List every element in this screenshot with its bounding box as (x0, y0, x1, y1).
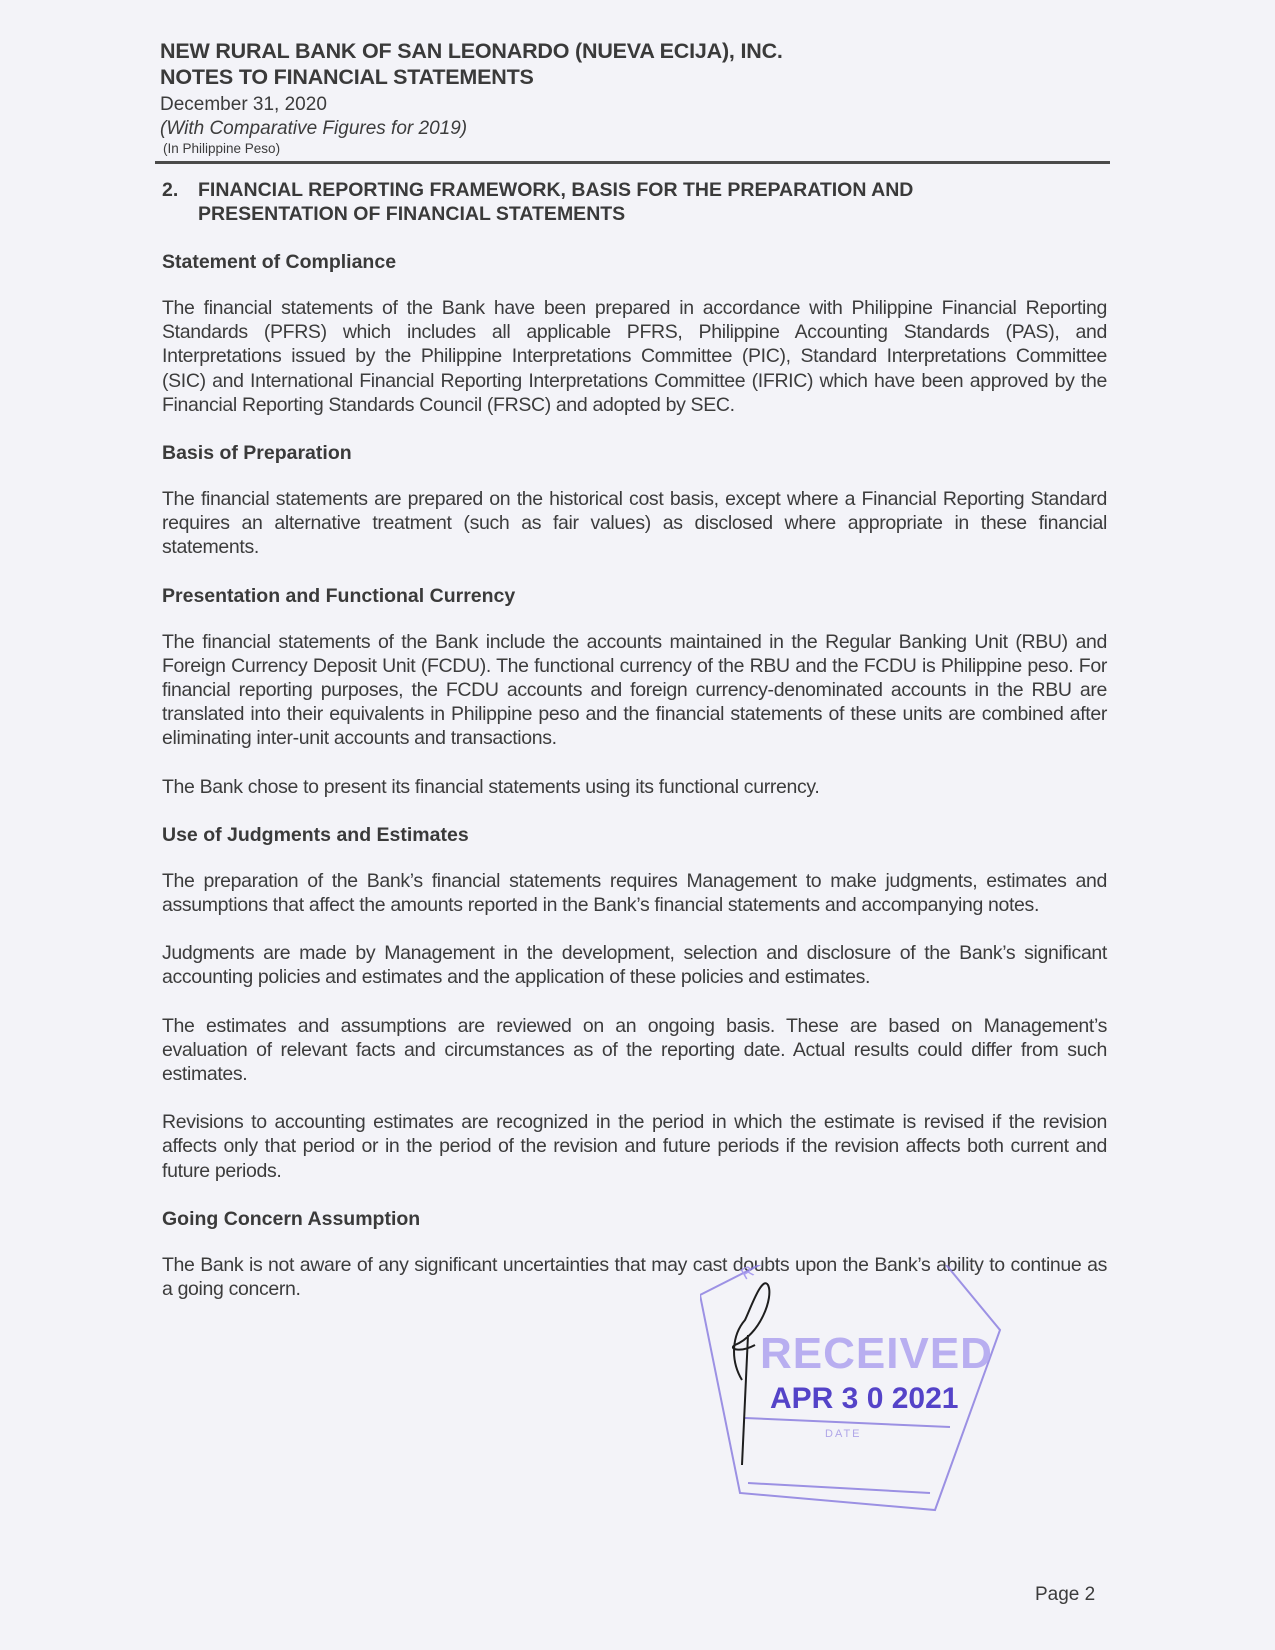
section-title-line-2: PRESENTATION OF FINANCIAL STATEMENTS (198, 203, 625, 225)
subsection-heading: Presentation and Functional Currency (162, 584, 1107, 608)
stamp-label: RECEIVED (760, 1329, 993, 1378)
body-paragraph: The financial statements are prepared on… (162, 487, 1107, 560)
stamp-date: APR 3 0 2021 (770, 1382, 958, 1415)
statement-date: December 31, 2020 (160, 92, 1110, 117)
body-paragraph: The estimates and assumptions are review… (162, 1014, 1107, 1087)
body-paragraph: The Bank is not aware of any significant… (162, 1253, 1107, 1301)
section-heading: 2. FINANCIAL REPORTING FRAMEWORK, BASIS … (162, 178, 1107, 226)
section-title-text: FINANCIAL REPORTING FRAMEWORK, BASIS FOR… (198, 178, 913, 226)
body-paragraph: The Bank chose to present its financial … (162, 775, 1107, 799)
body-paragraph: Judgments are made by Management in the … (162, 941, 1107, 989)
body-paragraph: The financial statements of the Bank hav… (162, 296, 1107, 417)
comparative-note: (With Comparative Figures for 2019) (160, 117, 1110, 141)
document-page: NEW RURAL BANK OF SAN LEONARDO (NUEVA EC… (0, 0, 1275, 1650)
subsection-heading: Use of Judgments and Estimates (162, 823, 1107, 847)
document-title: NOTES TO FINANCIAL STATEMENTS (160, 64, 1110, 90)
subsection-heading: Statement of Compliance (162, 250, 1107, 274)
document-header: NEW RURAL BANK OF SAN LEONARDO (NUEVA EC… (160, 38, 1110, 157)
header-divider (155, 161, 1110, 164)
subsection-heading: Going Concern Assumption (162, 1207, 1107, 1231)
currency-note: (In Philippine Peso) (163, 141, 1110, 157)
document-body: 2. FINANCIAL REPORTING FRAMEWORK, BASIS … (162, 178, 1107, 1301)
section-number: 2. (162, 178, 198, 226)
company-name: NEW RURAL BANK OF SAN LEONARDO (NUEVA EC… (160, 38, 1110, 64)
received-stamp: R 23B S RECEIVED APR 3 0 2021 DATE (700, 1265, 1080, 1585)
body-paragraph: The financial statements of the Bank inc… (162, 630, 1107, 751)
stamp-date-caption: DATE (825, 1428, 862, 1440)
subsections-container: Statement of ComplianceThe financial sta… (162, 250, 1107, 1301)
page-number: Page 2 (1035, 1584, 1095, 1606)
subsection-heading: Basis of Preparation (162, 441, 1107, 465)
body-paragraph: Revisions to accounting estimates are re… (162, 1110, 1107, 1183)
body-paragraph: The preparation of the Bank’s financial … (162, 869, 1107, 917)
signature-icon (733, 1283, 769, 1465)
section-title-line-1: FINANCIAL REPORTING FRAMEWORK, BASIS FOR… (198, 178, 913, 202)
